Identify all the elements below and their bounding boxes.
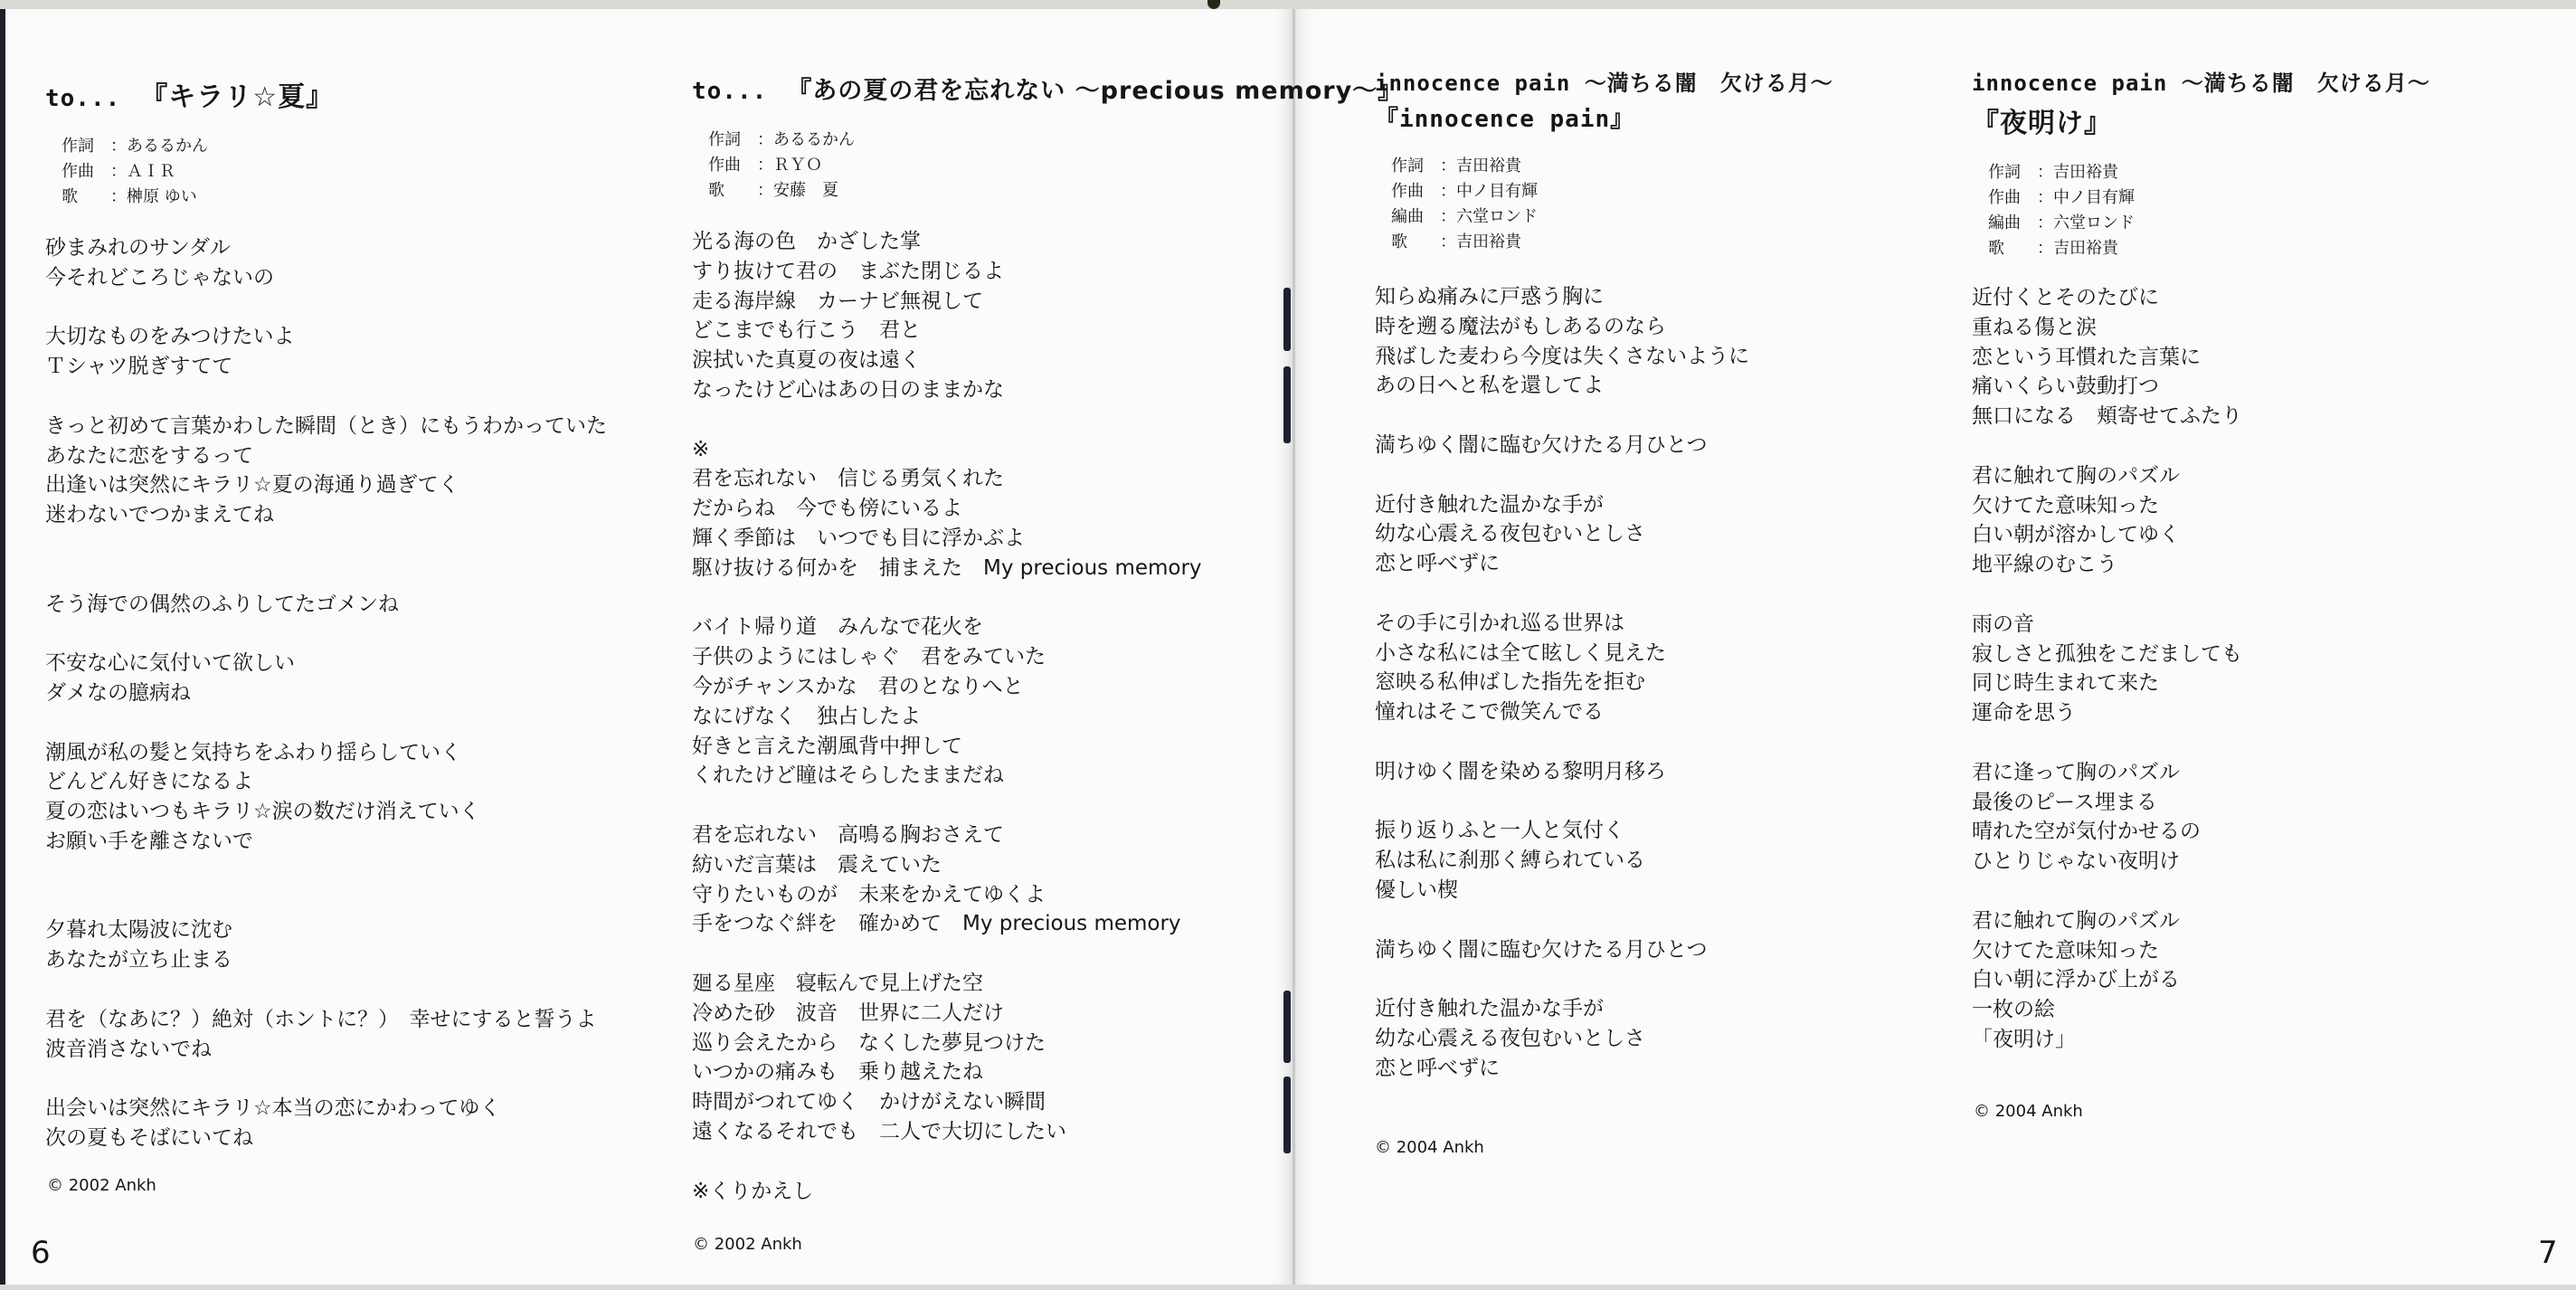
credit-lyricist: 作詞：あるるかん [708, 128, 1403, 153]
song-title-text: 『あの夏の君を忘れない ～precious memory～』 [787, 77, 1403, 105]
song-credits: 作詞：吉田裕貴 作曲：中ノ目有輝 編曲：六堂ロンド 歌：吉田裕貴 [1391, 154, 1833, 255]
copyright: © 2004 Ankh [1375, 1138, 1484, 1157]
credit-lyricist: 作詞：あるるかん [62, 134, 607, 159]
lyric-line: 憧れはそこで微笑んでる [1375, 697, 1833, 727]
lyric-line: 今それどころじゃないの [45, 263, 607, 293]
lyric-line: 潮風が私の髪と気持ちをふわり揺らしていく [45, 738, 607, 768]
lyric-line: 痛いくらい鼓動打つ [1972, 372, 2430, 402]
song-yoake: innocence pain ～満ちる闇 欠ける月～ 『夜明け』 作詞：吉田裕貴… [1972, 65, 2430, 1055]
lyric-line: 窓映る私伸ばした指先を拒む [1375, 668, 1833, 697]
lyric-line: 走る海岸線 カーナビ無視して [692, 287, 1403, 317]
lyric-line: 近付くとそのたびに [1972, 283, 2430, 313]
song-title-prefix: to... [692, 78, 767, 105]
credit-vocal: 歌：吉田裕貴 [1391, 230, 1833, 255]
lyric-line: お願い手を離さないで [45, 827, 607, 857]
lyric-line: 迷わないでつかまえてね [45, 500, 607, 530]
lyric-line [45, 530, 607, 560]
lyric-line [692, 939, 1403, 969]
credit-lyricist: 作詞：吉田裕貴 [1988, 160, 2430, 185]
lyric-line: 「夜明け」 [1972, 1025, 2430, 1055]
song-title-text: 『夜明け』 [1972, 108, 2112, 139]
lyric-line: あの日へと私を還してよ [1375, 371, 1833, 401]
lyric-line: 夕暮れ太陽波に沈む [45, 915, 607, 945]
lyric-line: 最後のピース埋まる [1972, 788, 2430, 818]
lyric-line [1375, 401, 1833, 431]
lyric-line: 出会いは突然にキラリ☆本当の恋にかわってゆく [45, 1094, 607, 1124]
lyric-line: 明けゆく闇を染める黎明月移ろ [1375, 757, 1833, 787]
lyric-line: なったけど心はあの日のままかな [692, 375, 1403, 405]
lyric-line [45, 619, 607, 649]
copyright: © 2002 Ankh [693, 1235, 802, 1254]
lyric-line: 小さな私には全て眩しく見えた [1375, 639, 1833, 669]
lyric-line: 守りたいものが 未来をかえてゆくよ [692, 880, 1403, 910]
lyric-line [1972, 877, 2430, 906]
lyric-line: 無口になる 頬寄せてふたり [1972, 402, 2430, 432]
lyric-line [692, 583, 1403, 613]
credit-lyricist: 作詞：吉田裕貴 [1391, 154, 1833, 179]
lyric-line [45, 975, 607, 1005]
lyric-line: 君に触れて胸のパズル [1972, 906, 2430, 936]
credit-arranger: 編曲：六堂ロンド [1988, 211, 2430, 236]
song-title: 『innocence pain』 [1375, 100, 1833, 134]
lyric-line: 振り返りふと一人と気付く [1375, 816, 1833, 846]
lyric-line: 冷めた砂 波音 世界に二人だけ [692, 999, 1403, 1029]
lyric-line: 地平線のむこう [1972, 550, 2430, 580]
lyric-line: すり抜けて君の まぶた閉じるよ [692, 257, 1403, 287]
lyric-line: なにげなく 独占したよ [692, 702, 1403, 732]
lyric-line [1972, 580, 2430, 610]
song-kirari-natsu: to...『キラリ☆夏』 作詞：あるるかん 作曲：ＡＩＲ 歌：榊原 ゆい 砂まみ… [45, 74, 607, 1153]
credit-composer: 作曲：中ノ目有輝 [1391, 179, 1833, 204]
lyric-line: 近付き触れた温かな手が [1375, 994, 1833, 1024]
lyric-line: Ｔシャツ脱ぎすてて [45, 352, 607, 382]
lyric-line: 君を忘れない 高鳴る胸おさえて [692, 820, 1403, 850]
lyric-line: 満ちゆく闇に臨む欠けたる月ひとつ [1375, 935, 1833, 965]
lyric-line [692, 405, 1403, 435]
lyric-line [45, 1064, 607, 1094]
binding-mark [1207, 0, 1220, 9]
song-lyrics: 砂まみれのサンダル今それどころじゃないの大切なものをみつけたいよＴシャツ脱ぎすて… [45, 233, 607, 1153]
lyric-line: 幼な心震える夜包むいとしさ [1375, 1024, 1833, 1054]
lyric-line: どんどん好きになるよ [45, 767, 607, 797]
credit-arranger: 編曲：六堂ロンド [1391, 204, 1833, 230]
lyric-line: 紡いだ言葉は 震えていた [692, 850, 1403, 880]
copyright: © 2002 Ankh [47, 1176, 156, 1195]
lyric-line: 優しい楔 [1375, 876, 1833, 906]
lyric-line: 時を遡る魔法がもしあるのなら [1375, 312, 1833, 342]
lyric-line: 重ねる傷と涙 [1972, 313, 2430, 343]
lyric-line: 出逢いは突然にキラリ☆夏の海通り過ぎてく [45, 470, 607, 500]
lyric-line: 君に逢って胸のパズル [1972, 758, 2430, 788]
page-number-left: 6 [31, 1235, 51, 1271]
lyric-line: 君に触れて胸のパズル [1972, 461, 2430, 491]
lyric-line: 寂しさと孤独をこだましても [1972, 640, 2430, 669]
lyric-line [1972, 728, 2430, 758]
lyric-line: 波音消さないでね [45, 1035, 607, 1065]
lyric-line: 飛ばした麦わら今度は失くさないように [1375, 342, 1833, 372]
lyric-line [1375, 727, 1833, 757]
lyric-line: 君を忘れない 信じる勇気くれた [692, 464, 1403, 494]
lyric-line [45, 560, 607, 590]
lyric-line [45, 708, 607, 738]
lyric-line: 子供のようにはしゃぐ 君をみていた [692, 642, 1403, 672]
lyric-line: 近付き触れた温かな手が [1375, 490, 1833, 520]
lyric-line: ダメなの臆病ね [45, 678, 607, 708]
lyric-line: どこまでも行こう 君と [692, 316, 1403, 346]
lyric-line: 恋と呼べずに [1375, 549, 1833, 579]
song-title: to...『あの夏の君を忘れない ～precious memory～』 [692, 71, 1403, 106]
lyric-line: 満ちゆく闇に臨む欠けたる月ひとつ [1375, 431, 1833, 460]
lyric-line: きっと初めて言葉かわした瞬間（とき）にもうわかっていた [45, 412, 607, 441]
lyric-line [1972, 432, 2430, 461]
lyric-line [45, 857, 607, 887]
credit-vocal: 歌：榊原 ゆい [62, 185, 607, 210]
lyric-line: 同じ時生まれて来た [1972, 669, 2430, 698]
lyric-line: 手をつなぐ絆を 確かめて My precious memory [692, 909, 1403, 939]
lyric-line [692, 791, 1403, 820]
lyric-line: 砂まみれのサンダル [45, 233, 607, 263]
song-innocence-pain: innocence pain ～満ちる闇 欠ける月～ 『innocence pa… [1375, 65, 1833, 1084]
lyric-line: 今がチャンスかな 君のとなりへと [692, 672, 1403, 702]
lyric-line: 恋という耳慣れた言葉に [1972, 343, 2430, 373]
lyric-line: 光る海の色 かざした掌 [692, 227, 1403, 257]
album-subtitle: innocence pain ～満ちる闇 欠ける月～ [1972, 65, 2430, 97]
song-credits: 作詞：あるるかん 作曲：ＡＩＲ 歌：榊原 ゆい [62, 134, 607, 210]
lyric-line: 遠くなるそれでも 二人で大切にしたい [692, 1117, 1403, 1147]
lyric-line: 好きと言えた潮風背中押して [692, 732, 1403, 762]
song-title-prefix: to... [45, 85, 120, 112]
song-title: 『夜明け』 [1972, 100, 2430, 140]
lyric-line [1375, 460, 1833, 490]
lyric-line: 巡り会えたから なくした夢見つけた [692, 1029, 1403, 1058]
song-credits: 作詞：吉田裕貴 作曲：中ノ目有輝 編曲：六堂ロンド 歌：吉田裕貴 [1988, 160, 2430, 261]
lyric-line: 輝く季節は いつでも目に浮かぶよ [692, 524, 1403, 554]
song-lyrics: 近付くとそのたびに重ねる傷と涙恋という耳慣れた言葉に痛いくらい鼓動打つ無口になる… [1972, 283, 2430, 1055]
lyric-line [692, 1147, 1403, 1177]
lyric-line: そう海での偶然のふりしてたゴメンね [45, 590, 607, 620]
credit-composer: 作曲：中ノ目有輝 [1988, 185, 2430, 211]
song-title: to...『キラリ☆夏』 [45, 74, 607, 114]
lyric-line: 欠けてた意味知った [1972, 491, 2430, 521]
page-number-right: 7 [2538, 1235, 2558, 1271]
lyric-line [1375, 906, 1833, 935]
lyric-line: いつかの痛みも 乗り越えたね [692, 1058, 1403, 1087]
lyric-line: 幼な心震える夜包むいとしさ [1375, 519, 1833, 549]
lyric-line: 夏の恋はいつもキラリ☆涙の数だけ消えていく [45, 797, 607, 827]
credit-composer: 作曲：ＡＩＲ [62, 159, 607, 185]
lyric-line: 涙拭いた真夏の夜は遠く [692, 346, 1403, 375]
song-credits: 作詞：あるるかん 作曲：ＲＹＯ 歌：安藤 夏 [708, 128, 1403, 204]
lyric-line: ※ [692, 435, 1403, 465]
lyric-line [1375, 787, 1833, 817]
song-lyrics: 光る海の色 かざした掌すり抜けて君の まぶた閉じるよ走る海岸線 カーナビ無視して… [692, 227, 1403, 1206]
lyric-line: 次の夏もそばにいてね [45, 1124, 607, 1153]
lyric-line [1375, 579, 1833, 609]
credit-vocal: 歌：吉田裕貴 [1988, 236, 2430, 261]
lyric-line: あなたに恋をするって [45, 441, 607, 471]
lyric-line: 運命を思う [1972, 698, 2430, 728]
lyric-line: 白い朝に浮かび上がる [1972, 965, 2430, 995]
credit-composer: 作曲：ＲＹＯ [708, 153, 1403, 178]
song-title-text: 『innocence pain』 [1375, 106, 1634, 133]
lyric-line [45, 293, 607, 323]
lyric-line: 一枚の絵 [1972, 995, 2430, 1025]
lyric-line: くれたけど瞳はそらしたままだね [692, 761, 1403, 791]
lyric-line: 大切なものをみつけたいよ [45, 322, 607, 352]
song-lyrics: 知らぬ痛みに戸惑う胸に時を遡る魔法がもしあるのなら飛ばした麦わら今度は失くさない… [1375, 282, 1833, 1084]
credit-vocal: 歌：安藤 夏 [708, 178, 1403, 204]
lyric-line: 私は私に刹那く縛られている [1375, 846, 1833, 876]
song-ano-natsu: to...『あの夏の君を忘れない ～precious memory～』 作詞：あ… [692, 71, 1403, 1206]
lyric-line: 知らぬ痛みに戸惑う胸に [1375, 282, 1833, 312]
lyric-line [1375, 964, 1833, 994]
lyric-line: 君を（なあに？）絶対（ホントに？） 幸せにすると誓うよ [45, 1005, 607, 1035]
lyric-line [45, 887, 607, 916]
lyric-line [45, 382, 607, 412]
copyright: © 2004 Ankh [1974, 1102, 2083, 1121]
lyric-line: バイト帰り道 みんなで花火を [692, 612, 1403, 642]
lyric-line: 時間がつれてゆく かけがえない瞬間 [692, 1087, 1403, 1117]
lyric-line: 欠けてた意味知った [1972, 936, 2430, 966]
song-title-text: 『キラリ☆夏』 [140, 81, 334, 113]
lyric-line: 廻る星座 寝転んで見上げた空 [692, 969, 1403, 999]
lyric-line: 駆け抜ける何かを 捕まえた My precious memory [692, 554, 1403, 583]
lyric-line: ひとりじゃない夜明け [1972, 847, 2430, 877]
lyric-line: 恋と呼べずに [1375, 1054, 1833, 1084]
lyric-line: 不安な心に気付いて欲しい [45, 649, 607, 678]
lyric-line: 雨の音 [1972, 610, 2430, 640]
lyric-line: 晴れた空が気付かせるの [1972, 817, 2430, 847]
lyric-line: ※くりかえし [692, 1177, 1403, 1207]
lyric-line: その手に引かれ巡る世界は [1375, 609, 1833, 639]
album-subtitle: innocence pain ～満ちる闇 欠ける月～ [1375, 65, 1833, 97]
lyric-line: だからね 今でも傍にいるよ [692, 494, 1403, 524]
lyric-line: 白い朝が溶かしてゆく [1972, 520, 2430, 550]
lyric-line: あなたが立ち止まる [45, 945, 607, 975]
